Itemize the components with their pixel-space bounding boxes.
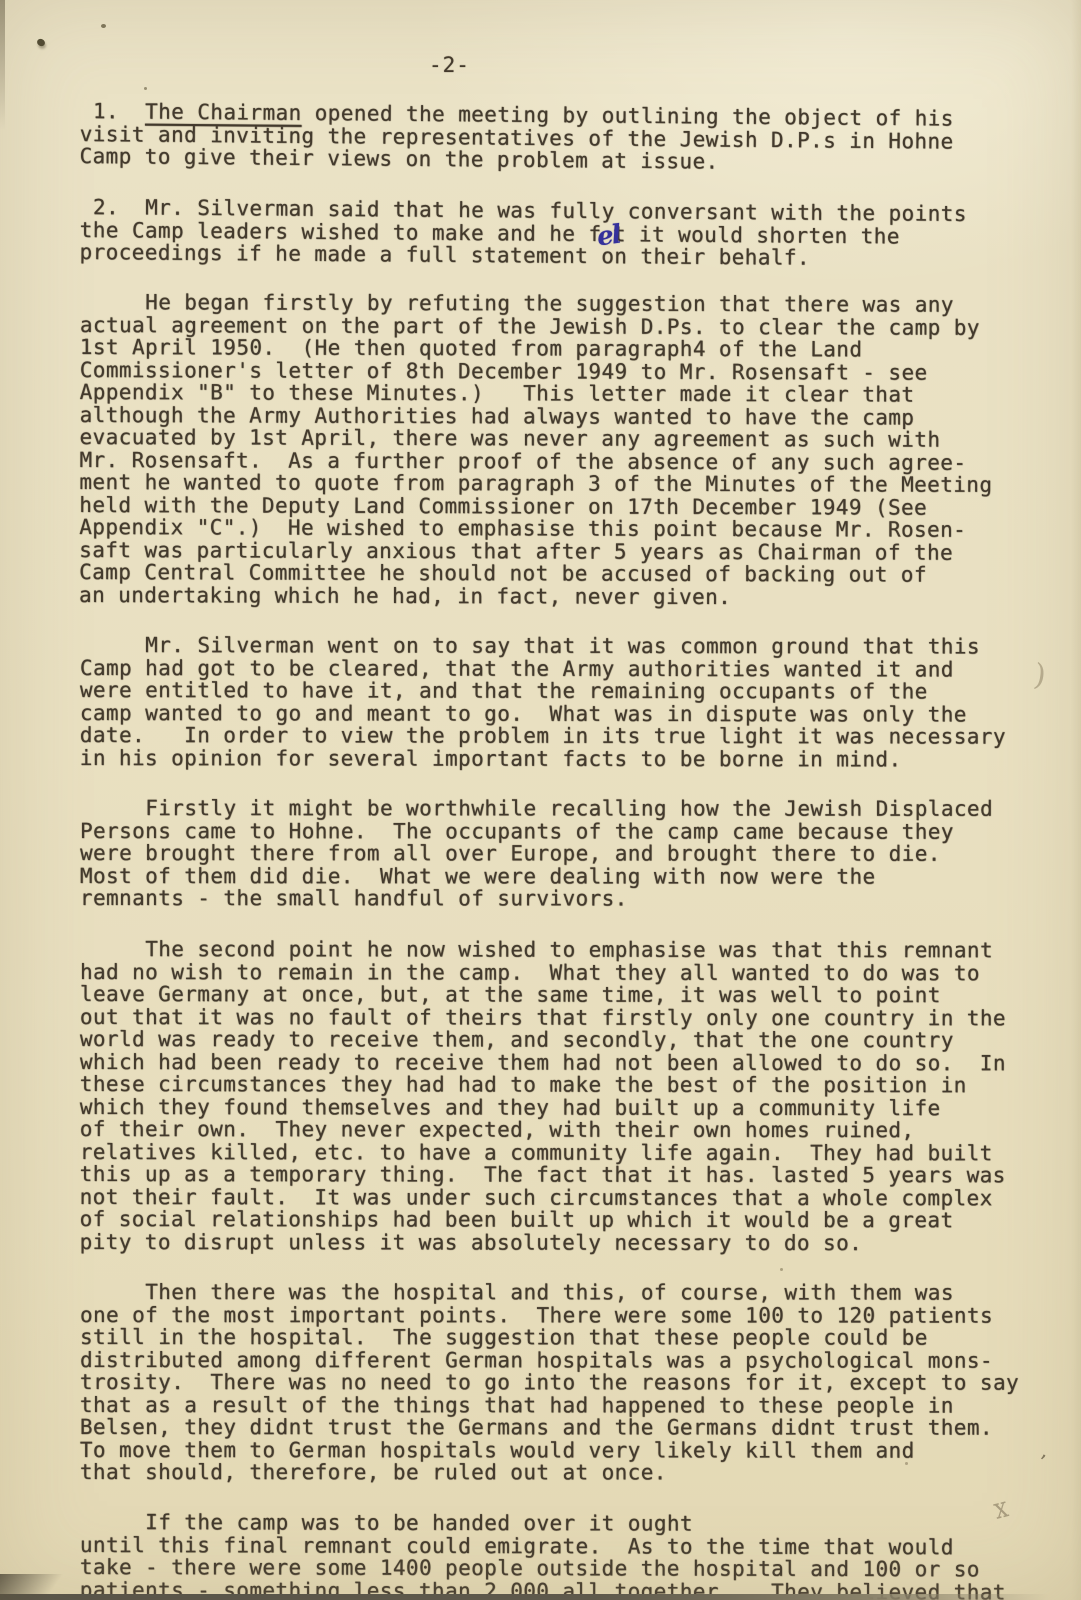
text-segment: out that it was no fault of theirs that … (80, 1004, 1006, 1029)
text-line: an undertaking which he had, in fact, ne… (79, 583, 1039, 609)
text-segment: To move them to German hospitals would v… (80, 1437, 915, 1462)
text-line: Mr. Silverman went on to say that it was… (80, 634, 1040, 658)
paragraph: If the camp was to be handed over it oug… (80, 1511, 1040, 1600)
handwritten-ink-correction: el (596, 229, 620, 242)
text-segment: relatives killed, etc. to have a communi… (80, 1139, 993, 1164)
text-segment: which they found themselves and they had… (80, 1094, 941, 1119)
text-segment: Then there was the hospital and this, of… (80, 1280, 954, 1305)
text-line: in his opinion for several important fac… (80, 746, 1040, 770)
paper-speck (780, 1268, 783, 1271)
text-segment: still in the hospital. The suggestion th… (80, 1325, 928, 1350)
text-line: pity to disrupt unless it was absolutely… (80, 1230, 1040, 1254)
text-line: Most of them did die. What we were deali… (80, 865, 1040, 888)
paragraph: Firstly it might be worthwhile recalling… (80, 797, 1040, 910)
text-line: trosity. There was no need to go into th… (80, 1371, 1040, 1394)
text-line: out that it was no fault of theirs that … (80, 1005, 1040, 1029)
text-line: Persons came to Hohne. The occupants of … (80, 820, 1040, 843)
text-line: not their fault. It was under such circu… (80, 1185, 1040, 1209)
text-segment: trosity. There was no need to go into th… (80, 1370, 1019, 1395)
text-segment: of their own. They never expected, with … (80, 1116, 915, 1141)
text-segment: The second point he now wished to emphas… (80, 937, 993, 962)
document-body: 1. The Chairman opened the meeting by ou… (80, 100, 1040, 1600)
text-segment: one of the most important points. There … (80, 1302, 993, 1327)
page-edge-corner (0, 1574, 70, 1600)
page-edge-shadow-left (0, 0, 5, 130)
paragraph: 2. Mr. Silverman said that he was fully … (79, 196, 1040, 271)
text-line: still in the hospital. The suggestion th… (80, 1326, 1040, 1349)
text-segment: were brought there from all over Europe,… (80, 841, 941, 866)
text-segment: Camp had got to be cleared, that the Arm… (80, 655, 954, 681)
text-segment: that should, therefore, be ruled out at … (80, 1460, 667, 1484)
paragraph: 1. The Chairman opened the meeting by ou… (79, 100, 1040, 176)
text-line: that as a result of the things that had … (80, 1393, 1040, 1416)
text-segment: leave Germany at once, but, at the same … (80, 981, 941, 1006)
text-line: which had been ready to receive them had… (80, 1050, 1040, 1074)
text-line: relatives killed, etc. to have a communi… (80, 1140, 1040, 1164)
text-segment: had no wish to remain in the camp. What … (80, 959, 980, 984)
text-line: To move them to German hospitals would v… (80, 1438, 1040, 1461)
text-segment: t it would shorten the (613, 221, 900, 247)
text-segment: camp wanted to go and meant to go. What … (80, 700, 967, 726)
paragraph: The second point he now wished to emphas… (80, 938, 1040, 1254)
text-segment: 1. (80, 99, 145, 124)
page-number: -2- (429, 53, 470, 77)
text-segment: that as a result of the things that had … (80, 1392, 954, 1417)
paper-speck (905, 1462, 908, 1465)
text-line: remnants - the small handful of survivor… (80, 887, 1040, 910)
text-segment: were entitled to have it, and that the r… (80, 678, 928, 703)
text-line: distributed among different German hospi… (80, 1348, 1040, 1371)
text-line: one of the most important points. There … (80, 1303, 1040, 1326)
text-line: that should, therefore, be ruled out at … (80, 1461, 1040, 1484)
text-line: Belsen, they didnt trust the Germans and… (80, 1416, 1040, 1439)
paper-speck (144, 87, 147, 90)
text-line: this up as a temporary thing. The fact t… (80, 1162, 1040, 1186)
text-line: camp wanted to go and meant to go. What … (80, 701, 1040, 725)
text-segment: remnants - the small handful of survivor… (80, 886, 628, 910)
text-line: of their own. They never expected, with … (80, 1117, 1040, 1141)
text-line: leave Germany at once, but, at the same … (80, 982, 1040, 1006)
text-line: which they found themselves and they had… (80, 1095, 1040, 1119)
text-segment: Mr. Silverman went on to say that it was… (80, 633, 980, 659)
paragraph: He began firstly by refuting the suggest… (79, 291, 1040, 609)
text-segment: in his opinion for several important fac… (80, 745, 902, 770)
page-edge-shadow-right (1071, 0, 1081, 1600)
text-line: of social relationships had been built u… (80, 1207, 1040, 1231)
text-segment: not their fault. It was under such circu… (80, 1184, 993, 1209)
text-segment: Firstly it might be worthwhile recalling… (80, 796, 993, 821)
text-segment: this up as a temporary thing. The fact t… (80, 1161, 1006, 1186)
paper-speck (36, 38, 46, 48)
text-line: were entitled to have it, and that the r… (80, 679, 1040, 703)
text-segment: Persons came to Hohne. The occupants of … (80, 819, 954, 844)
paragraphs-container: 1. The Chairman opened the meeting by ou… (80, 100, 1040, 1600)
text-segment: an undertaking which he had, in fact, ne… (79, 582, 731, 608)
page-edge-shadow-bottom (0, 1594, 1081, 1600)
paragraph: Mr. Silverman went on to say that it was… (80, 634, 1040, 771)
text-line: Firstly it might be worthwhile recalling… (80, 797, 1040, 820)
paragraph: Then there was the hospital and this, of… (80, 1281, 1040, 1484)
text-line: Camp had got to be cleared, that the Arm… (80, 656, 1040, 680)
text-segment: world was ready to receive them, and sec… (80, 1026, 954, 1051)
text-segment: these circumstances they had had to make… (80, 1071, 967, 1096)
text-line: The second point he now wished to emphas… (80, 938, 1040, 962)
paper-speck (101, 24, 106, 28)
text-segment: which had been ready to receive them had… (80, 1049, 1006, 1074)
text-segment: Camp to give their views on the problem … (79, 144, 718, 174)
text-segment: proceedings if he made a full statement … (79, 239, 810, 269)
text-segment: Belsen, they didnt trust the Germans and… (80, 1415, 993, 1440)
document-page: -2- 1. The Chairman opened the meeting b… (0, 0, 1081, 1600)
text-segment: distributed among different German hospi… (80, 1347, 993, 1372)
text-segment: Most of them did die. What we were deali… (80, 864, 876, 889)
text-segment: of social relationships had been built u… (80, 1206, 954, 1231)
underlined-text: The Chairman (145, 100, 302, 125)
text-line: world was ready to receive them, and sec… (80, 1028, 1040, 1052)
text-line: Then there was the hospital and this, of… (80, 1281, 1040, 1304)
text-line: these circumstances they had had to make… (80, 1072, 1040, 1096)
text-segment: pity to disrupt unless it was absolutely… (80, 1229, 863, 1254)
text-line: were brought there from all over Europe,… (80, 842, 1040, 865)
paper-speck (648, 420, 652, 423)
text-line: date. In order to view the problem in it… (80, 724, 1040, 748)
text-line: had no wish to remain in the camp. What … (80, 960, 1040, 984)
